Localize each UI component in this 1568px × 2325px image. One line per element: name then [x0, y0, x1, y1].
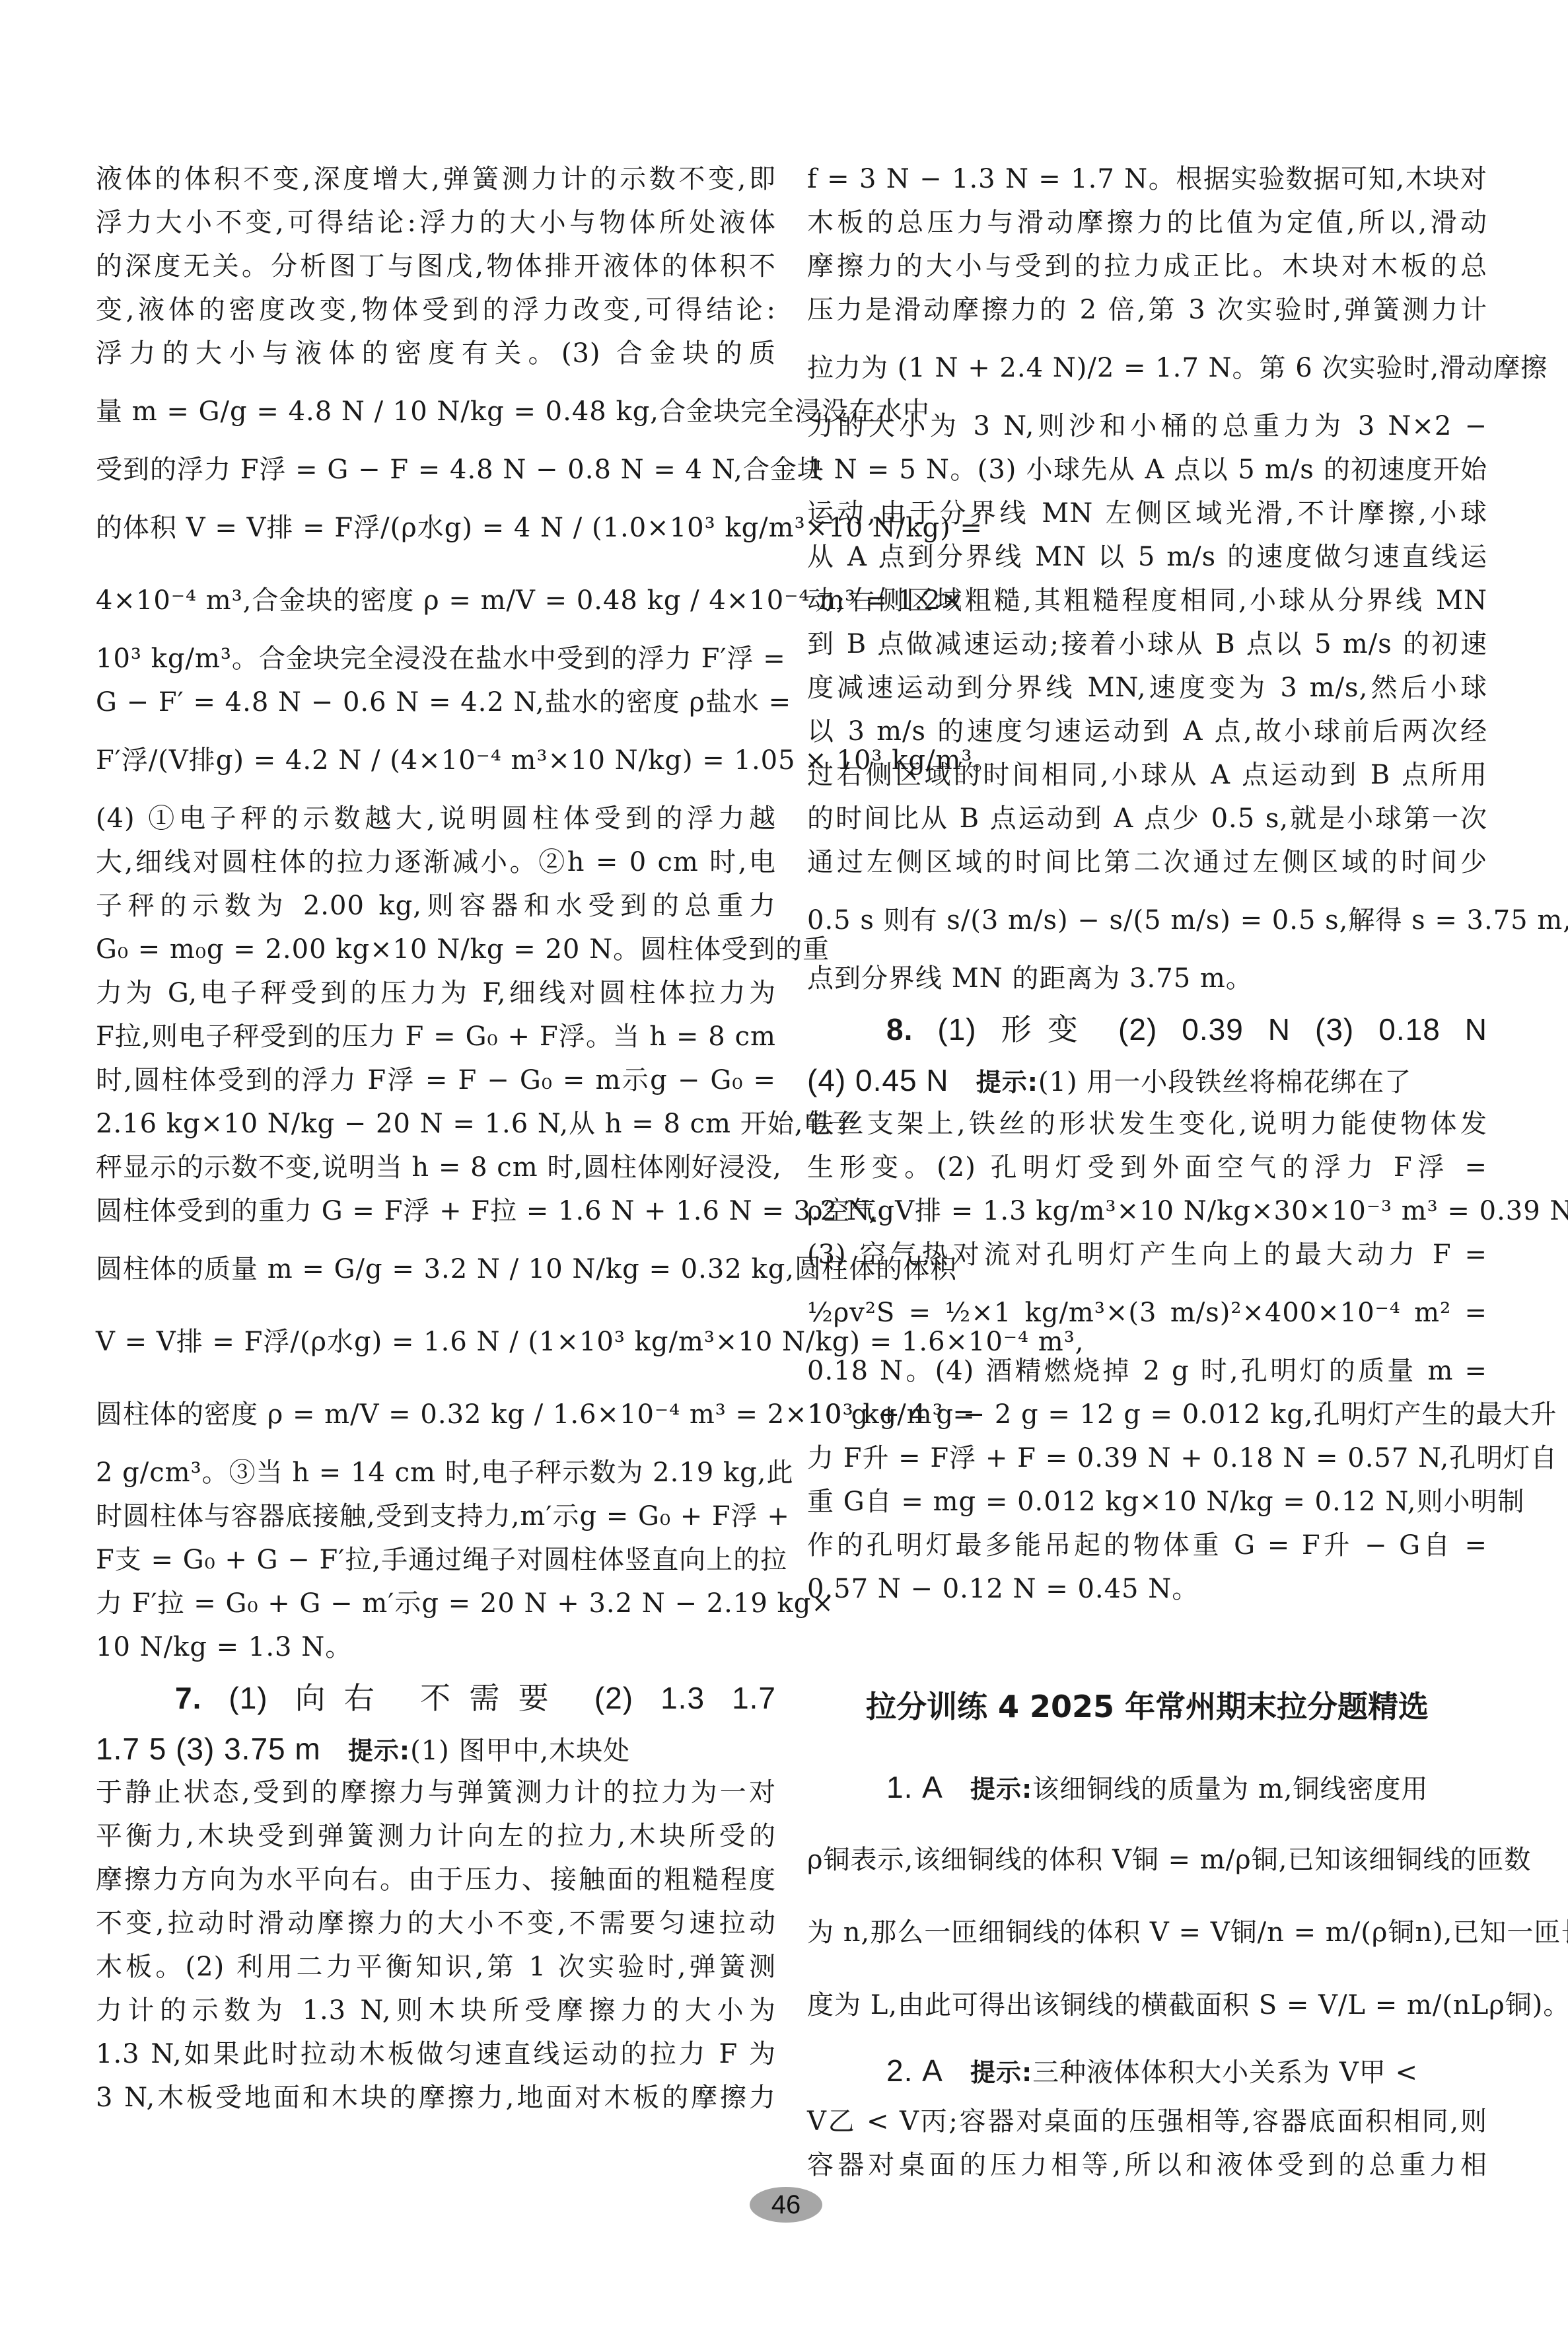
formula-line: ½ρv²S = ½×1 kg/m³×(3 m/s)²×400×10⁻⁴ m² = [807, 1276, 1487, 1349]
text-line: 2.16 kg×10 N/kg − 20 N = 1.6 N,从 h = 8 c… [96, 1102, 776, 1146]
text-line: 时圆柱体与容器底接触,受到支持力,m′示g = G₀ + F浮 + [96, 1495, 776, 1538]
text-line: 的时间比从 B 点运动到 A 点少 0.5 s,就是小球第一次 [807, 797, 1487, 840]
text-line: 摩擦力的大小与受到的拉力成正比。木块对木板的总 [807, 244, 1487, 288]
hint-text: 该细铜线的质量为 m,铜线密度用 [1032, 1774, 1428, 1804]
text-line: 10 g + 4 g − 2 g = 12 g = 0.012 kg,孔明灯产生… [807, 1393, 1487, 1436]
text-line: 子秤的示数为 2.00 kg,则容器和水受到的总重力 [96, 884, 776, 928]
formula-line: 4×10⁻⁴ m³,合金块的密度 ρ = m/V = 0.48 kg / 4×1… [96, 564, 776, 637]
text-line: 度减速运动到分界线 MN,速度变为 3 m/s,然后小球 [807, 666, 1487, 710]
text-line: 力 F升 = F浮 + F = 0.39 N + 0.18 N = 0.57 N… [807, 1436, 1487, 1480]
hint-text: 三种液体体积大小关系为 V甲 < [1032, 2057, 1418, 2088]
formula-line: 的体积 V = V排 = F浮/(ρ水g) = 4 N / (1.0×10³ k… [96, 492, 776, 564]
text-line: 于静止状态,受到的摩擦力与弹簧测力计的拉力为一对 [96, 1771, 776, 1814]
q1-answer: A [922, 1770, 943, 1804]
right-column-section: 1. A 提示:该细铜线的质量为 m,铜线密度用 ρ铜表示,该细铜线的体积 V铜… [807, 1751, 1487, 2187]
text-line: 浮力大小不变,可得结论:浮力的大小与物体所处液体 [96, 201, 776, 244]
formula-line: 圆柱体的质量 m = G/g = 3.2 N / 10 N/kg = 0.32 … [96, 1233, 776, 1306]
formula-line: 量 m = G/g = 4.8 N / 10 N/kg = 0.48 kg,合金… [96, 375, 776, 448]
text-line: f = 3 N − 1.3 N = 1.7 N。根据实验数据可知,木块对 [807, 157, 1487, 201]
text-line: 以 3 m/s 的速度匀速运动到 A 点,故小球前后两次经 [807, 710, 1487, 753]
q8-number: 8. [886, 1012, 913, 1047]
hint-label: 提示: [976, 1068, 1038, 1097]
q2-answer-line: 2. A 提示:三种液体体积大小关系为 V甲 < [807, 2042, 1487, 2100]
q7-answers-cont: 1.7 5 (3) 3.75 m [96, 1732, 321, 1766]
text-line: 不变,拉动时滑动摩擦力的大小不变,不需要匀速拉动 [96, 1901, 776, 1945]
text-line: 木板。(2) 利用二力平衡知识,第 1 次实验时,弹簧测 [96, 1945, 776, 1989]
text-line: (3) 空气热对流对孔明灯产生向上的最大动力 F = [807, 1233, 1487, 1276]
text-line: 受到的浮力 F浮 = G − F = 4.8 N − 0.8 N = 4 N,合… [96, 448, 776, 492]
text-line: 平衡力,木块受到弹簧测力计向左的拉力,木块所受的 [96, 1814, 776, 1858]
formula-line: F′浮/(V排g) = 4.2 N / (4×10⁻⁴ m³×10 N/kg) … [96, 724, 776, 797]
text-line: 2 g/cm³。③当 h = 14 cm 时,电子秤示数为 2.19 kg,此 [96, 1451, 776, 1495]
hint-label: 提示: [970, 2058, 1032, 2087]
hint-text: (1) 用一小段铁丝将棉花绑在了 [1038, 1067, 1411, 1097]
q7-answers: (1) 向右 不需要 (2) 1.3 1.7 [229, 1681, 776, 1715]
text-line: 的深度无关。分析图丁与图戊,物体排开液体的体积不 [96, 244, 776, 288]
text-line: 从 A 点到分界线 MN 以 5 m/s 的速度做匀速直线运 [807, 535, 1487, 579]
hint-text: (1) 图甲中,木块处 [410, 1736, 630, 1766]
text-line: 液体的体积不变,深度增大,弹簧测力计的示数不变,即 [96, 157, 776, 201]
text-line: 1.3 N,如果此时拉动木板做匀速直线运动的拉力 F 为 [96, 2032, 776, 2076]
text-line: 力计的示数为 1.3 N,则木块所受摩擦力的大小为 [96, 1989, 776, 2032]
formula-line: ρ铜表示,该细铜线的体积 V铜 = m/ρ铜,已知该细铜线的匝数 [807, 1824, 1487, 1896]
text-line: 通过左侧区域的时间比第二次通过左侧区域的时间少 [807, 840, 1487, 884]
text-line: 秤显示的示数不变,说明当 h = 8 cm 时,圆柱体刚好浸没, [96, 1146, 776, 1189]
hint-label: 提示: [970, 1775, 1032, 1804]
q7-answer-line1: 7. (1) 向右 不需要 (2) 1.3 1.7 [96, 1669, 776, 1727]
text-line: 变,液体的密度改变,物体受到的浮力改变,可得结论: [96, 288, 776, 332]
text-line: 动;右侧区域粗糙,其粗糙程度相同,小球从分界线 MN [807, 579, 1487, 622]
text-line: 10 N/kg = 1.3 N。 [96, 1625, 776, 1669]
text-line: 力 F′拉 = G₀ + G − m′示g = 20 N + 3.2 N − 2… [96, 1582, 776, 1625]
text-line: 圆柱体受到的重力 G = F浮 + F拉 = 1.6 N + 1.6 N = 3… [96, 1189, 776, 1233]
text-line: (4) ①电子秤的示数越大,说明圆柱体受到的浮力越 [96, 797, 776, 840]
text-line: F拉,则电子秤受到的压力 F = G₀ + F浮。当 h = 8 cm [96, 1015, 776, 1058]
right-column: f = 3 N − 1.3 N = 1.7 N。根据实验数据可知,木块对 木板的… [807, 157, 1487, 1611]
q2-number: 2. [886, 2053, 913, 2088]
text-line: 10³ kg/m³。合金块完全浸没在盐水中受到的浮力 F′浮 = [96, 637, 776, 681]
text-line: 作的孔明灯最多能吊起的物体重 G = F升 − G自 = [807, 1524, 1487, 1567]
text-line: 摩擦力方向为水平向右。由于压力、接触面的粗糙程度 [96, 1858, 776, 1901]
q8-answer-line1: 8. (1) 形变 (2) 0.39 N (3) 0.18 N [807, 1000, 1487, 1058]
text-line: 压力是滑动摩擦力的 2 倍,第 3 次实验时,弹簧测力计 [807, 288, 1487, 332]
q7-number: 7. [175, 1681, 201, 1715]
text-line: 0.18 N。(4) 酒精燃烧掉 2 g 时,孔明灯的质量 m = [807, 1349, 1487, 1393]
text-line: 过右侧区域的时间相同,小球从 A 点运动到 B 点所用 [807, 753, 1487, 797]
text-line: G₀ = m₀g = 2.00 kg×10 N/kg = 20 N。圆柱体受到的… [96, 928, 776, 971]
q7-answer-line2: 1.7 5 (3) 3.75 m 提示:(1) 图甲中,木块处 [96, 1727, 776, 1771]
text-line: 到 B 点做减速运动;接着小球从 B 点以 5 m/s 的初速 [807, 622, 1487, 666]
formula-line: 为 n,那么一匝细铜线的体积 V = V铜/n = m/(ρ铜n),已知一匝长 [807, 1896, 1487, 1969]
text-line: F支 = G₀ + G − F′拉,手通过绳子对圆柱体竖直向上的拉 [96, 1538, 776, 1582]
formula-line: 拉力为 (1 N + 2.4 N)/2 = 1.7 N。第 6 次实验时,滑动摩… [807, 332, 1487, 404]
q1-answer-line: 1. A 提示:该细铜线的质量为 m,铜线密度用 [807, 1751, 1487, 1824]
text-line: 点到分界线 MN 的距离为 3.75 m。 [807, 957, 1487, 1000]
q8-answers-cont: (4) 0.45 N [807, 1063, 949, 1097]
text-line: 大,细线对圆柱体的拉力逐渐减小。②h = 0 cm 时,电 [96, 840, 776, 884]
text-line: 0.57 N − 0.12 N = 0.45 N。 [807, 1567, 1487, 1611]
text-line: V乙 < V丙;容器对桌面的压强相等,容器底面积相同,则 [807, 2100, 1487, 2143]
text-line: G − F′ = 4.8 N − 0.6 N = 4.2 N,盐水的密度 ρ盐水… [96, 681, 776, 724]
formula-line: 度为 L,由此可得出该铜线的横截面积 S = V/L = m/(nLρ铜)。 [807, 1969, 1487, 2042]
text-line: 铁丝支架上,铁丝的形状发生变化,说明力能使物体发 [807, 1102, 1487, 1146]
formula-line: V = V排 = F浮/(ρ水g) = 1.6 N / (1×10³ kg/m³… [96, 1306, 776, 1378]
text-line: 运动,由于分界线 MN 左侧区域光滑,不计摩擦,小球 [807, 492, 1487, 535]
text-line: 3 N,木板受地面和木块的摩擦力,地面对木板的摩擦力 [96, 2076, 776, 2120]
formula-line: 0.5 s 则有 s/(3 m/s) − s/(5 m/s) = 0.5 s,解… [807, 884, 1487, 957]
q8-answer-line2: (4) 0.45 N 提示:(1) 用一小段铁丝将棉花绑在了 [807, 1058, 1487, 1102]
text-line: 浮力的大小与液体的密度有关。(3) 合金块的质 [96, 332, 776, 375]
q2-answer: A [922, 2053, 943, 2088]
left-column: 液体的体积不变,深度增大,弹簧测力计的示数不变,即 浮力大小不变,可得结论:浮力… [96, 157, 776, 2120]
text-line: 时,圆柱体受到的浮力 F浮 = F − G₀ = m示g − G₀ = [96, 1058, 776, 1102]
text-line: 力为 G,电子秤受到的压力为 F,细线对圆柱体拉力为 [96, 971, 776, 1015]
q1-number: 1. [886, 1770, 913, 1804]
text-line: 1 N = 5 N。(3) 小球先从 A 点以 5 m/s 的初速度开始 [807, 448, 1487, 492]
hint-label: 提示: [348, 1736, 410, 1765]
page-number-badge: 46 [750, 2187, 822, 2223]
section-title: 拉分训练 4 2025 年常州期末拉分题精选 [807, 1683, 1487, 1730]
text-line: 生形变。(2) 孔明灯受到外面空气的浮力 F浮 = [807, 1146, 1487, 1189]
text-line: 力的大小为 3 N,则沙和小桶的总重力为 3 N×2 − [807, 404, 1487, 448]
text-line: 重 G自 = mg = 0.012 kg×10 N/kg = 0.12 N,则小… [807, 1480, 1487, 1524]
formula-line: 圆柱体的密度 ρ = m/V = 0.32 kg / 1.6×10⁻⁴ m³ =… [96, 1378, 776, 1451]
text-line: 容器对桌面的压力相等,所以和液体受到的总重力相 [807, 2143, 1487, 2187]
q8-answers: (1) 形变 (2) 0.39 N (3) 0.18 N [937, 1012, 1487, 1047]
text-line: 木板的总压力与滑动摩擦力的比值为定值,所以,滑动 [807, 201, 1487, 244]
text-line: ρ空气gV排 = 1.3 kg/m³×10 N/kg×30×10⁻³ m³ = … [807, 1189, 1487, 1233]
